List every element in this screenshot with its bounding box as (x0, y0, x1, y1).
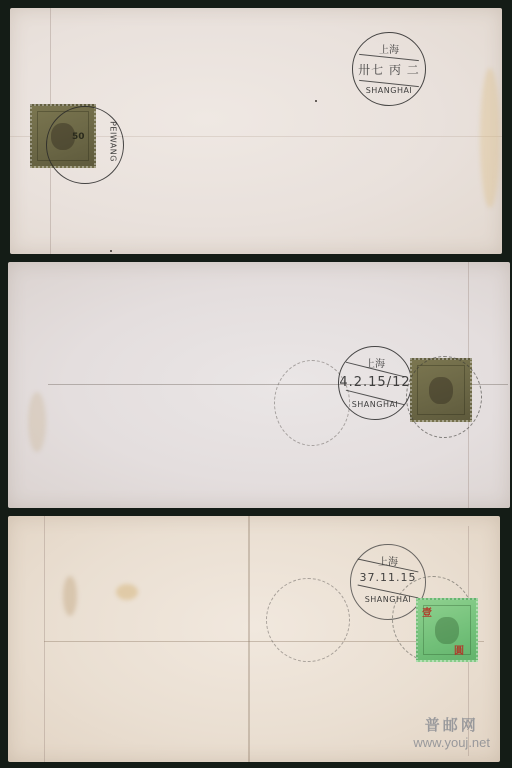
postal-cover-2: 上海 4.2.15/12 SHANGHAI (8, 262, 510, 508)
stamp: 壹 圓 (416, 598, 478, 662)
postal-cover-1: 50 PEIWANG 上海 卅七 丙 二 SHANGHAI (10, 8, 502, 254)
flap-edge (44, 516, 45, 762)
watermark-url: www.youj.net (413, 735, 490, 750)
stain (63, 576, 77, 616)
stamp-overprint-value: 壹 (422, 604, 432, 619)
postmark-faint (406, 356, 482, 438)
postmark-origin: PEIWANG (46, 106, 124, 184)
watermark-chinese: 普邮网 (413, 714, 490, 735)
stain (116, 584, 138, 600)
edge-stain (480, 68, 500, 208)
postmark-shanghai: 上海 4.2.15/12 SHANGHAI (338, 346, 412, 420)
postmark-faint (266, 578, 350, 662)
speck (315, 100, 317, 102)
speck (110, 250, 112, 252)
stamp-overprint-unit: 圓 (454, 642, 464, 657)
stamp-portrait (435, 617, 458, 644)
watermark: 普邮网 www.youj.net (413, 714, 490, 750)
fold-line (248, 516, 250, 762)
edge-stain (28, 392, 46, 452)
postmark-shanghai: 上海 卅七 丙 二 SHANGHAI (352, 32, 426, 106)
postal-cover-3: 上海 37.11.15 SHANGHAI 壹 圓 普邮网 www.youj.ne… (8, 516, 500, 762)
